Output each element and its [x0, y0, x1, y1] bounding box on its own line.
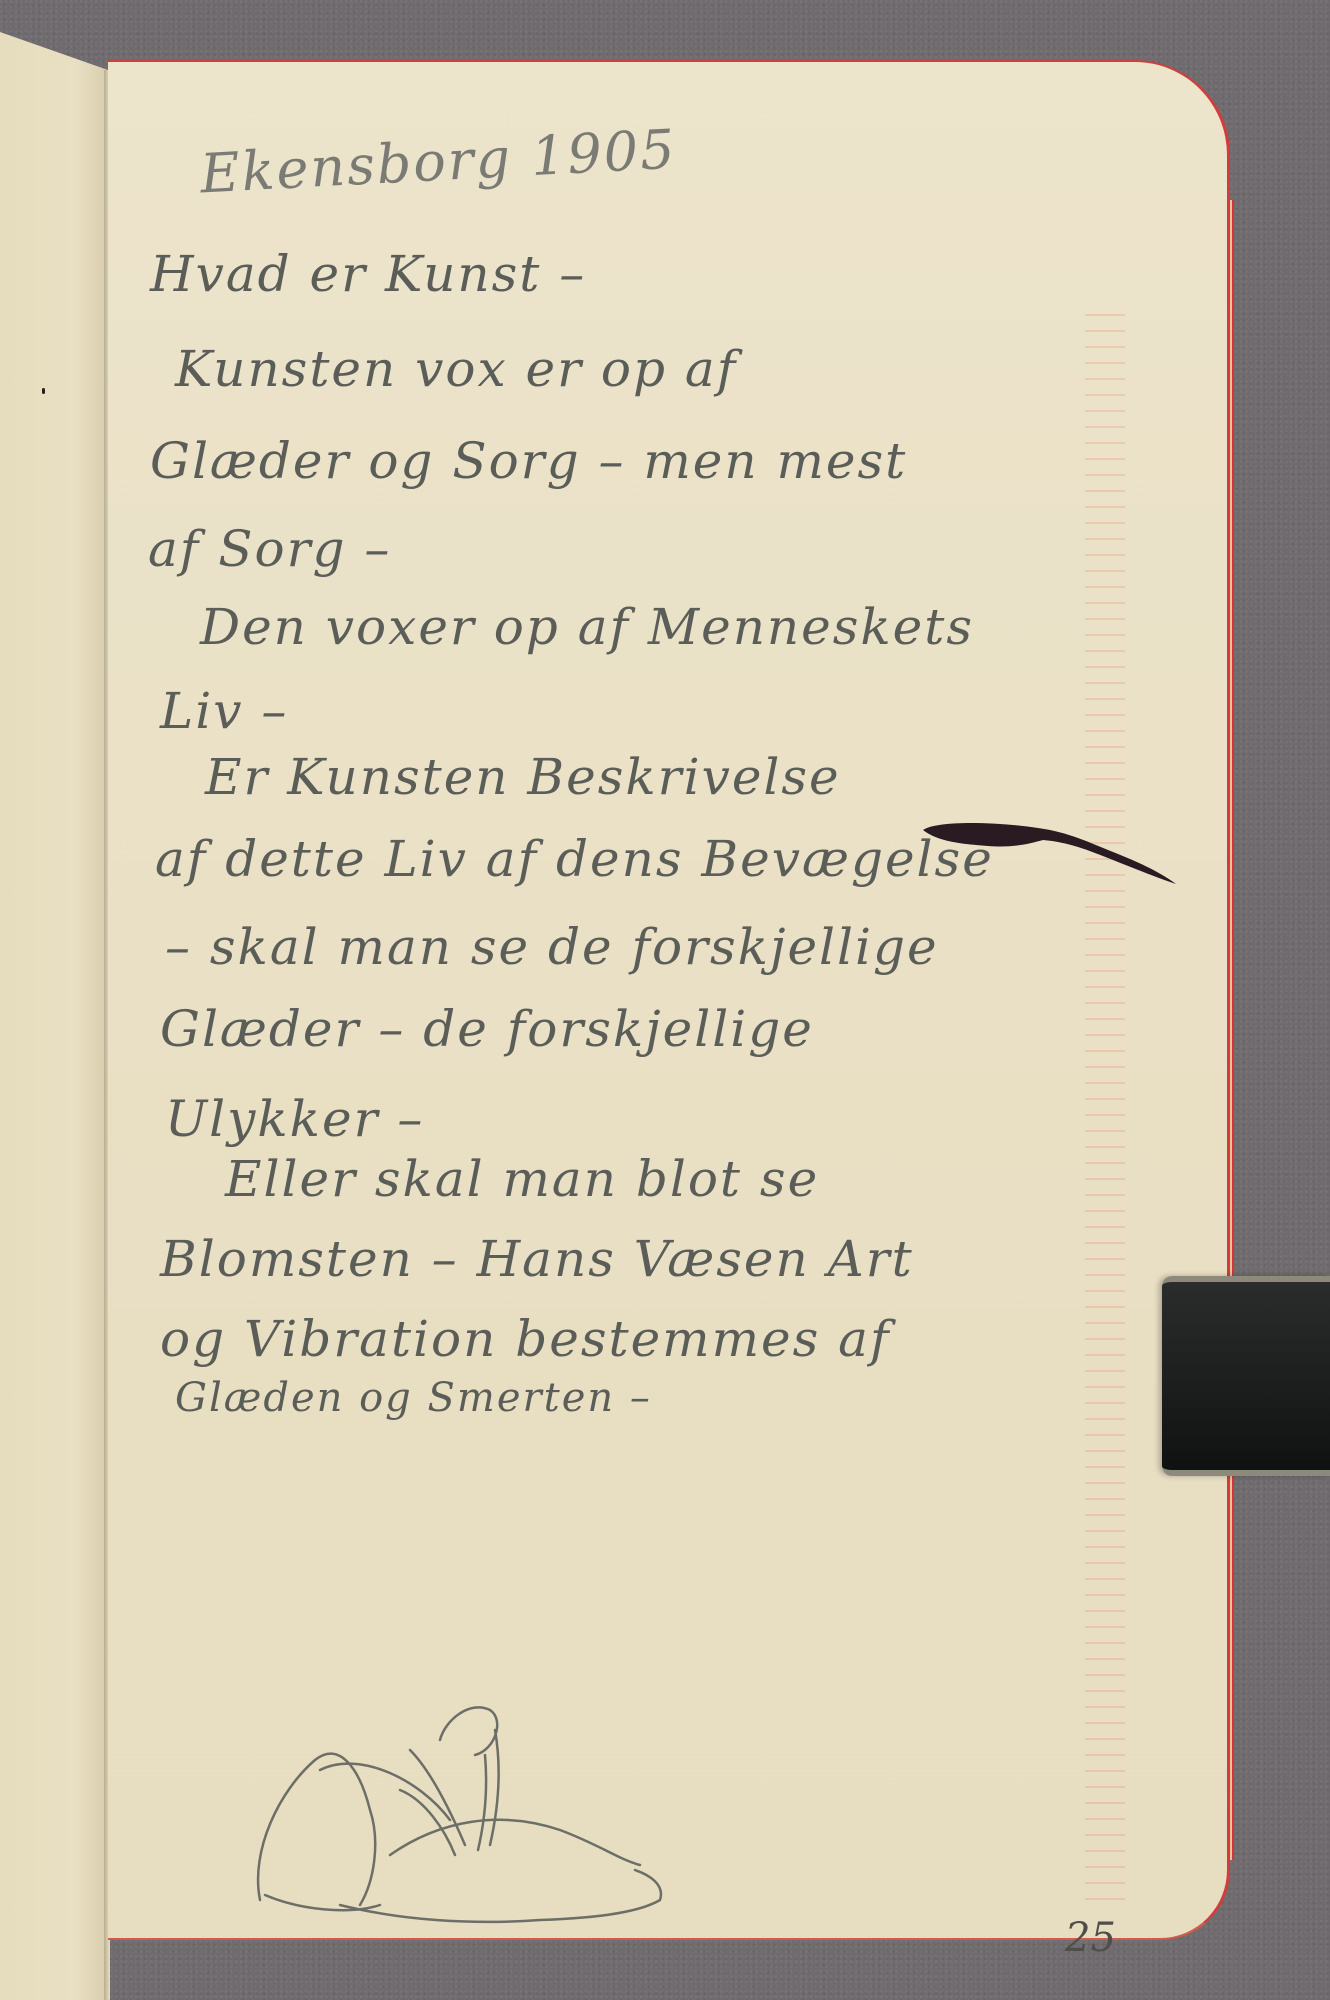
text-line-3: Glæder og Sorg – men mest [150, 432, 907, 490]
ink-blot-icon [918, 812, 1178, 892]
red-pencil-marks [1085, 300, 1125, 1900]
page-number: 25 [1065, 1915, 1116, 1961]
text-line-10: Glæder – de forskjellige [160, 1000, 814, 1058]
text-line-12: Eller skal man blot se [225, 1150, 819, 1208]
text-line-11: Ulykker – [165, 1090, 424, 1148]
text-line-6: Liv – [160, 682, 288, 740]
text-line-15: Glæden og Smerten – [175, 1375, 652, 1421]
text-line-5: Den voxer op af Menneskets [200, 598, 974, 656]
left-page [0, 32, 108, 2000]
text-line-2: Kunsten vox er op af [175, 340, 737, 398]
pencil-sketch-icon [240, 1680, 840, 1940]
text-line-14: og Vibration bestemmes af [160, 1310, 890, 1368]
ink-dot [42, 388, 45, 394]
text-line-1: Hvad er Kunst – [150, 245, 586, 303]
text-line-8: af dette Liv af dens Bevægelse [155, 830, 994, 888]
text-line-9: – skal man se de forskjellige [165, 918, 939, 976]
binder-clip [1162, 1276, 1330, 1476]
text-line-13: Blomsten – Hans Væsen Art [160, 1230, 914, 1288]
text-line-7: Er Kunsten Beskrivelse [205, 748, 841, 806]
text-line-4: af Sorg – [148, 520, 391, 578]
